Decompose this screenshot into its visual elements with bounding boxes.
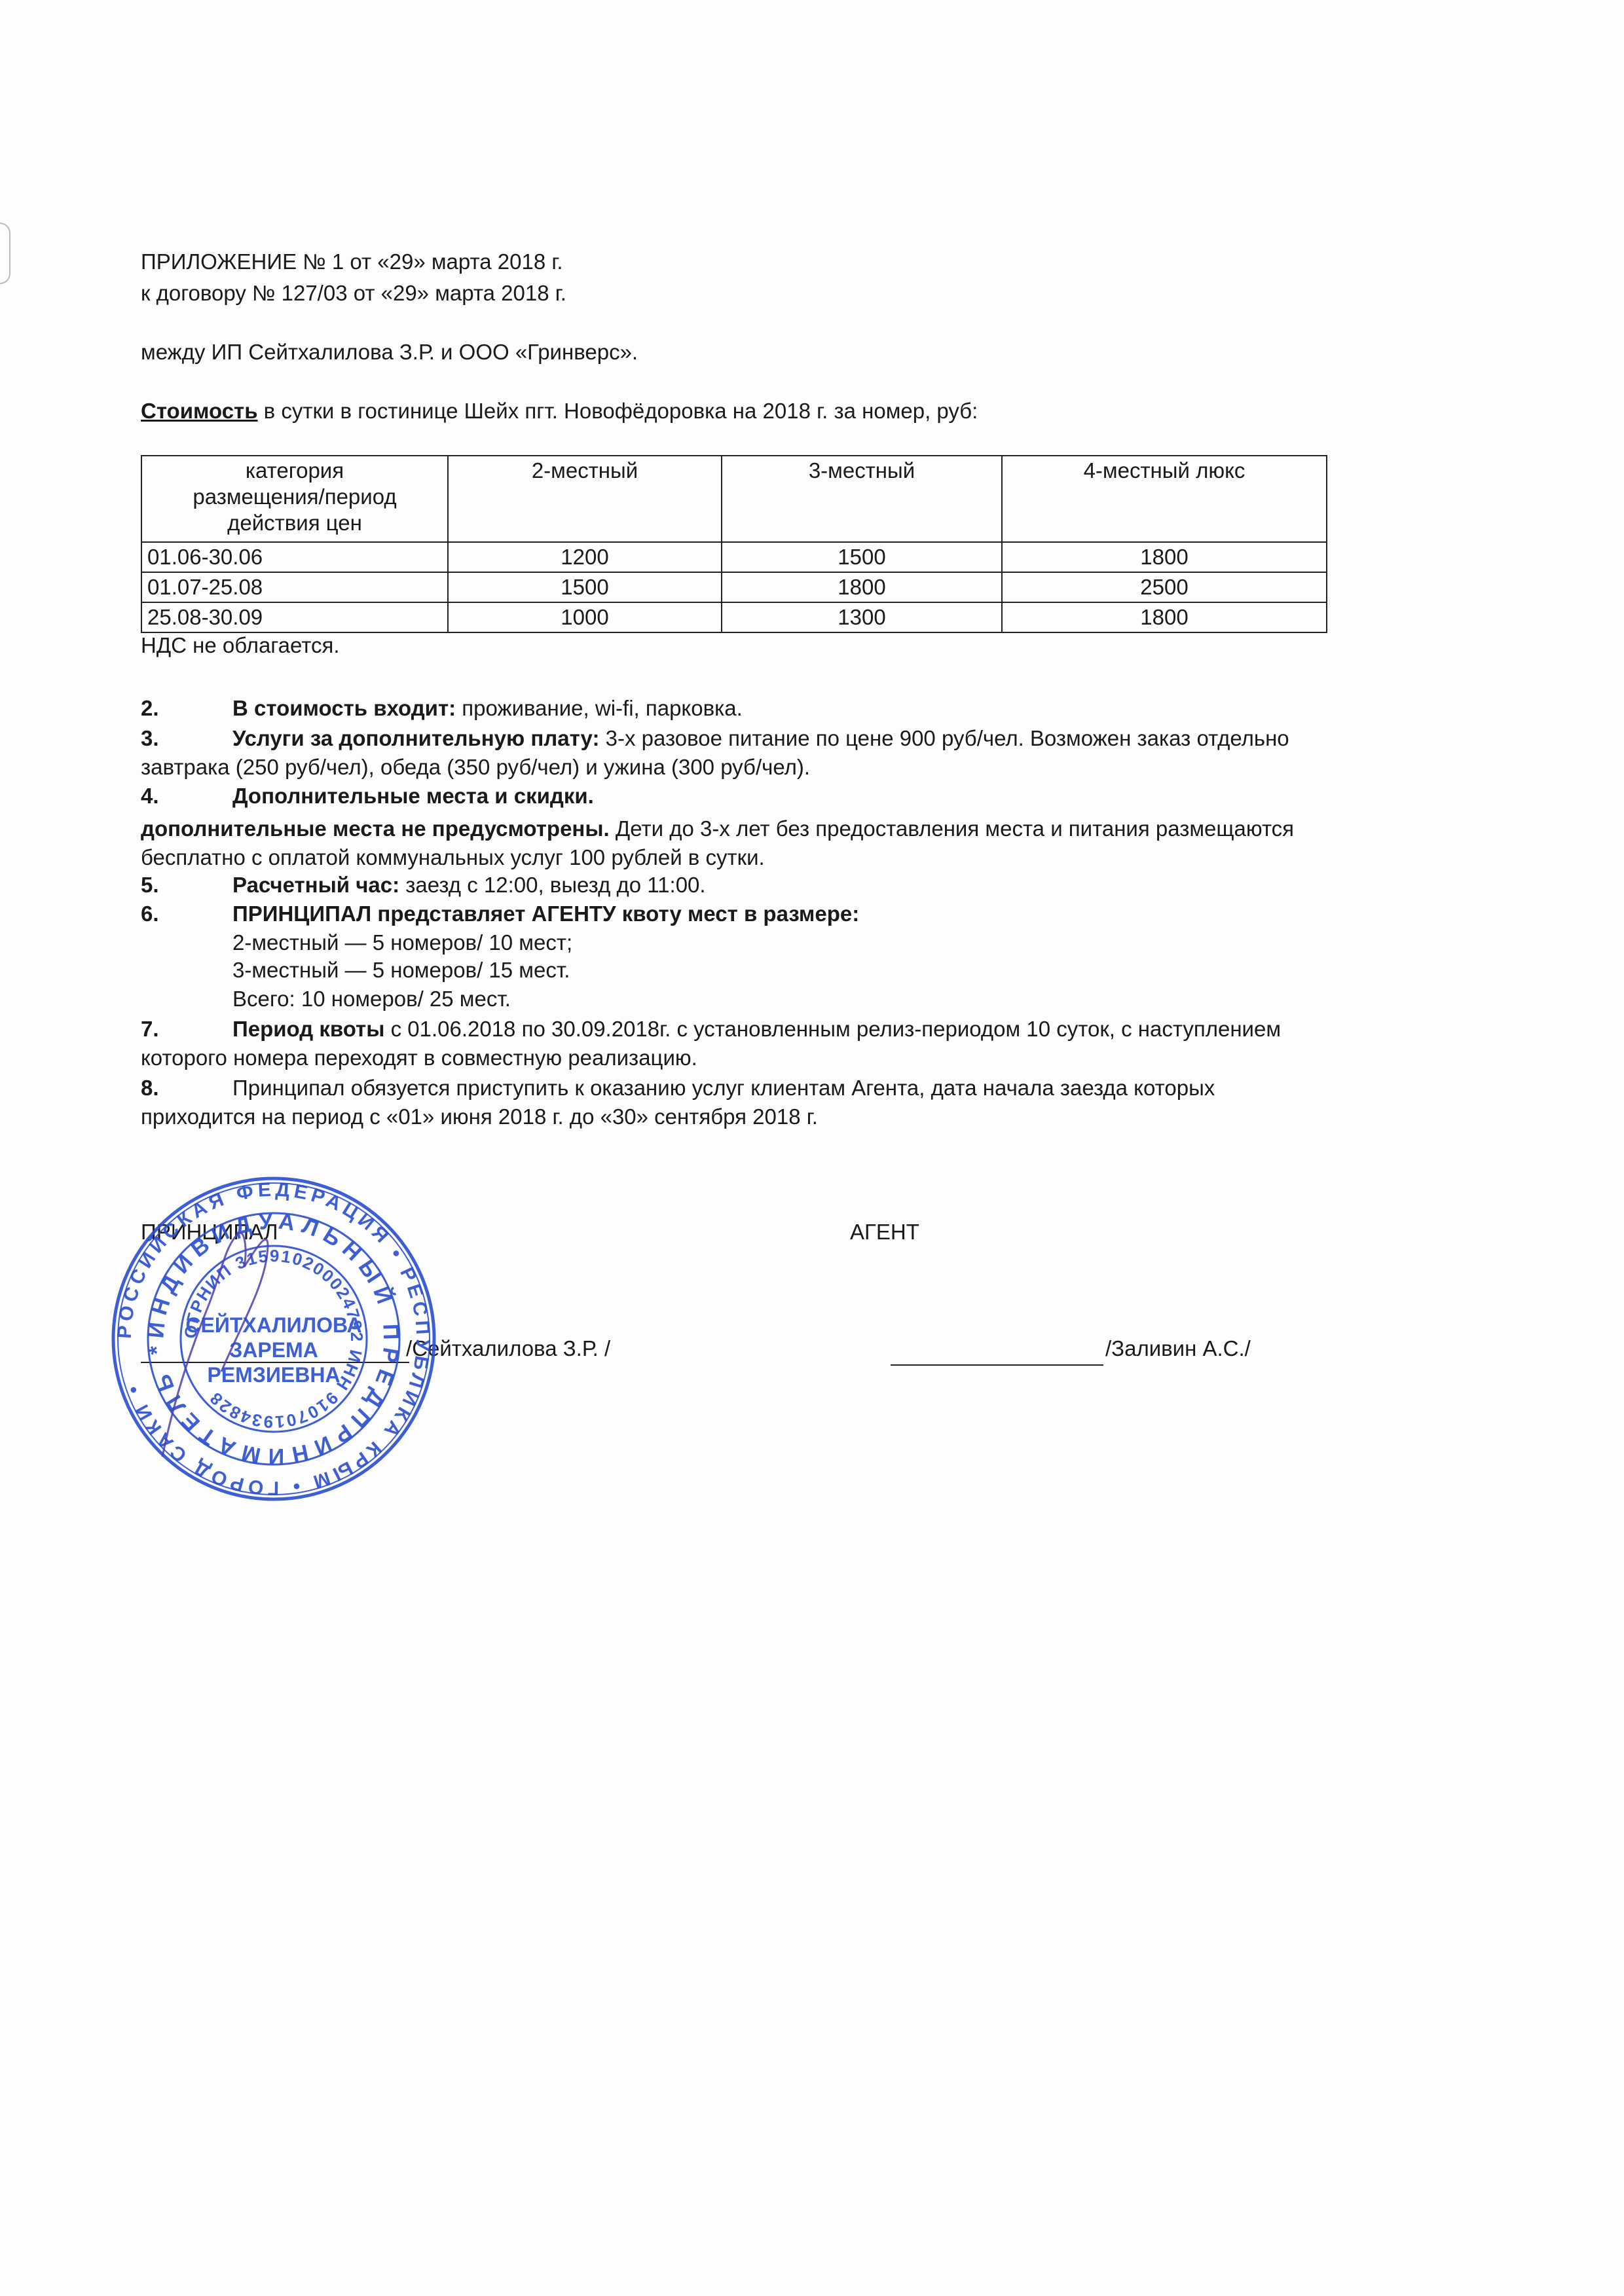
agent-label: АГЕНТ xyxy=(850,1219,919,1245)
item-4: Дополнительные места и скидки. xyxy=(232,783,594,809)
price-cell: 1500 xyxy=(448,572,722,602)
item-4-continued-2: бесплатно с оплатой коммунальных услуг 1… xyxy=(141,845,765,871)
item-number: 7. xyxy=(141,1016,159,1042)
item-5: Расчетный час: заезд с 12:00, выезд до 1… xyxy=(232,872,706,898)
item-6: ПРИНЦИПАЛ представляет АГЕНТУ квоту мест… xyxy=(232,901,859,927)
svg-text:РЕМЗИЕВНА: РЕМЗИЕВНА xyxy=(207,1363,340,1387)
price-table-header: категория размещения/период действия цен… xyxy=(141,456,1327,542)
contract-reference: к договору № 127/03 от «29» марта 2018 г… xyxy=(141,280,566,306)
price-cell: 2500 xyxy=(1002,572,1327,602)
scan-edge-mark xyxy=(0,223,10,284)
item-number: 3. xyxy=(141,725,159,752)
header-triple: 3-местный xyxy=(722,456,1002,542)
quota-total: Всего: 10 номеров/ 25 мест. xyxy=(232,986,511,1012)
cost-text: в сутки в гостинице Шейх пгт. Новофёдоро… xyxy=(258,399,978,423)
appendix-title: ПРИЛОЖЕНИЕ № 1 от «29» марта 2018 г. xyxy=(141,249,563,275)
quota-triple: 3-местный — 5 номеров/ 15 мест. xyxy=(232,957,570,983)
item-7: Период квоты с 01.06.2018 по 30.09.2018г… xyxy=(232,1016,1281,1042)
price-cell: 1800 xyxy=(1002,542,1327,572)
header-double: 2-местный xyxy=(448,456,722,542)
agent-name: /Заливин А.С./ xyxy=(1105,1336,1251,1362)
period-cell: 01.06-30.06 xyxy=(141,542,448,572)
item-number: 2. xyxy=(141,695,159,721)
item-8: Принципал обязуется приступить к оказани… xyxy=(232,1075,1215,1101)
price-cell: 1000 xyxy=(448,602,722,632)
cost-intro: Стоимость в сутки в гостинице Шейх пгт. … xyxy=(141,398,978,424)
period-cell: 01.07-25.08 xyxy=(141,572,448,602)
period-cell: 25.08-30.09 xyxy=(141,602,448,632)
agent-signature-line xyxy=(891,1364,1103,1366)
item-7-continued: которого номера переходят в совместную р… xyxy=(141,1045,697,1071)
item-number: 8. xyxy=(141,1075,159,1101)
table-row: 25.08-30.09 1000 1300 1800 xyxy=(141,602,1327,632)
item-number: 6. xyxy=(141,901,159,927)
item-number: 4. xyxy=(141,783,159,809)
item-3: Услуги за дополнительную плату: 3-х разо… xyxy=(232,725,1289,752)
cost-label: Стоимость xyxy=(141,399,258,423)
item-8-continued: приходится на период с «01» июня 2018 г.… xyxy=(141,1104,818,1130)
price-cell: 1800 xyxy=(1002,602,1327,632)
parties-line: между ИП Сейтхалилова З.Р. и ООО «Гринве… xyxy=(141,339,638,365)
price-cell: 1800 xyxy=(722,572,1002,602)
price-cell: 1500 xyxy=(722,542,1002,572)
item-number: 5. xyxy=(141,872,159,898)
header-category: категория размещения/период действия цен xyxy=(141,456,448,542)
header-quad-lux: 4-местный люкс xyxy=(1002,456,1327,542)
item-3-continued: завтрака (250 руб/чел), обеда (350 руб/ч… xyxy=(141,754,810,780)
item-2: В стоимость входит: проживание, wi-fi, п… xyxy=(232,695,743,721)
table-row: 01.06-30.06 1200 1500 1800 xyxy=(141,542,1327,572)
price-cell: 1300 xyxy=(722,602,1002,632)
vat-note: НДС не облагается. xyxy=(141,632,340,659)
svg-text:СЕЙТХАЛИЛОВА: СЕЙТХАЛИЛОВА xyxy=(185,1313,361,1337)
price-cell: 1200 xyxy=(448,542,722,572)
svg-text:ЗАРЕМА: ЗАРЕМА xyxy=(229,1338,318,1362)
item-4-continued: дополнительные места не предусмотрены. Д… xyxy=(141,816,1294,842)
company-stamp: РОССИЙСКАЯ ФЕДЕРАЦИЯ • РЕСПУБЛИКА КРЫМ •… xyxy=(110,1175,437,1503)
quota-double: 2-местный — 5 номеров/ 10 мест; xyxy=(232,930,572,956)
table-row: 01.07-25.08 1500 1800 2500 xyxy=(141,572,1327,602)
price-table: категория размещения/период действия цен… xyxy=(141,455,1327,633)
